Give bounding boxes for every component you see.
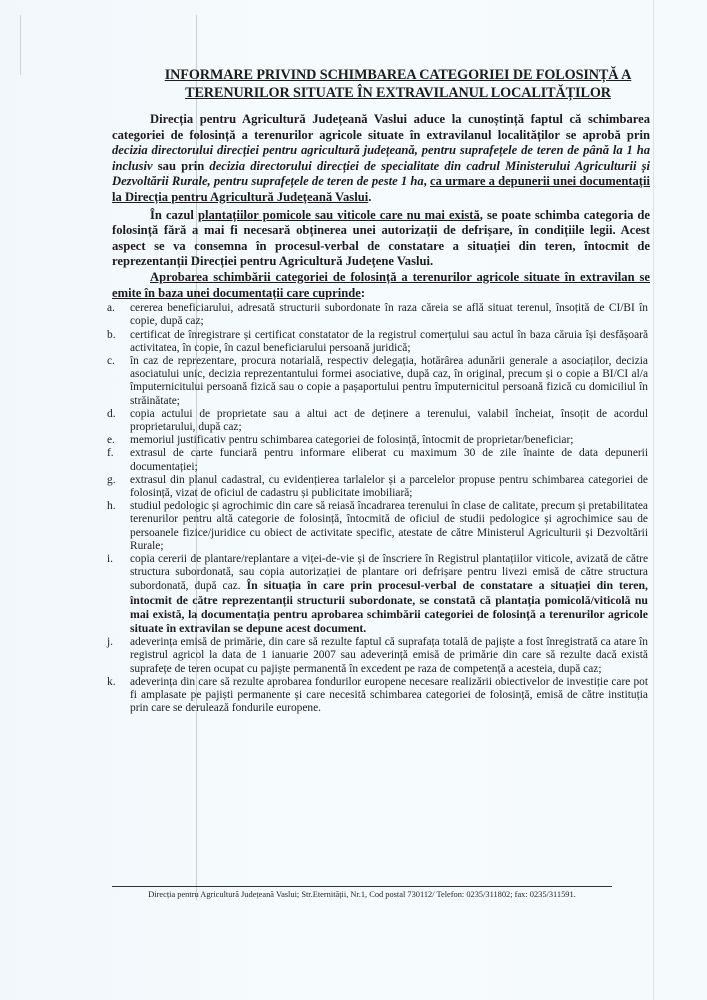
text-run: În cazul [150,208,198,222]
underlined-run: plantațiilor pomicole sau viticole care … [198,208,480,222]
list-item-text: extrasul de carte funciară pentru inform… [130,447,648,472]
list-marker: f. [107,447,114,460]
list-item: b.certificat de înregistrare și certific… [104,329,648,355]
list-item-text: în caz de reprezentare, procura notarial… [130,355,648,407]
list-marker: d. [107,408,116,421]
underlined-run: Aprobarea schimbării categoriei de folos… [112,270,650,300]
list-item: j.adeverința emisă de primărie, din care… [104,636,648,676]
list-marker: j. [107,636,113,649]
list-item-text: extrasul din planul cadastral, cu eviden… [130,474,648,499]
list-item-text: memoriul justificativ pentru schimbarea … [130,434,573,446]
requirements-list: a.cererea beneficiarului, adresată struc… [112,302,650,715]
text-run: : [361,286,365,300]
list-item-text: certificat de înregistrare și certificat… [130,329,648,354]
list-item: k.adeverința din care să rezulte aprobar… [104,676,648,716]
document-body: INFORMARE PRIVIND SCHIMBAREA CATEGORIEI … [112,66,650,715]
documentation-heading: Aprobarea schimbării categoriei de folos… [112,270,650,301]
text-run: Direcția pentru Agricultură Județeană Va… [112,112,650,142]
list-marker: g. [107,474,116,487]
list-item: h.studiul pedologic și agrochimic din ca… [104,500,648,553]
document-title: INFORMARE PRIVIND SCHIMBAREA CATEGORIEI … [148,66,648,102]
text-run: . [368,190,371,204]
list-item: e.memoriul justificativ pentru schimbare… [104,434,648,447]
page-footer: Direcția pentru Agricultură Județeană Va… [112,886,612,899]
list-item-text: adeverința din care să rezulte aprobarea… [130,676,648,714]
list-marker: e. [107,434,115,447]
list-item-text: copia actului de proprietate sau a altui… [130,408,648,433]
plantations-paragraph: În cazul plantațiilor pomicole sau vitic… [112,208,650,270]
list-item: i.copia cererii de plantare/replantare a… [104,553,648,636]
list-marker: i. [107,553,113,566]
scan-artifact-line [20,15,21,75]
list-item: g.extrasul din planul cadastral, cu evid… [104,474,648,500]
list-item-text: cererea beneficiarului, adresată structu… [130,302,648,327]
text-run: sau prin [153,159,210,173]
scanned-page: INFORMARE PRIVIND SCHIMBAREA CATEGORIEI … [0,0,707,1000]
list-marker: c. [107,355,115,368]
list-item-text: adeverința emisă de primărie, din care s… [130,636,648,674]
title-line-1: INFORMARE PRIVIND SCHIMBAREA CATEGORIEI … [148,66,648,84]
scan-artifact-line [653,0,654,1000]
list-marker: b. [107,329,116,342]
list-marker: h. [107,500,116,513]
intro-paragraph: Direcția pentru Agricultură Județeană Va… [112,112,650,206]
list-marker: a. [107,302,115,315]
list-item: a.cererea beneficiarului, adresată struc… [104,302,648,328]
title-line-2: TERENURILOR SITUATE ÎN EXTRAVILANUL LOCA… [148,84,648,102]
list-item: d.copia actului de proprietate sau a alt… [104,408,648,434]
list-item: c.în caz de reprezentare, procura notari… [104,355,648,408]
list-marker: k. [107,676,116,689]
list-item: f.extrasul de carte funciară pentru info… [104,447,648,473]
list-item-text: studiul pedologic și agrochimic din care… [130,500,648,552]
